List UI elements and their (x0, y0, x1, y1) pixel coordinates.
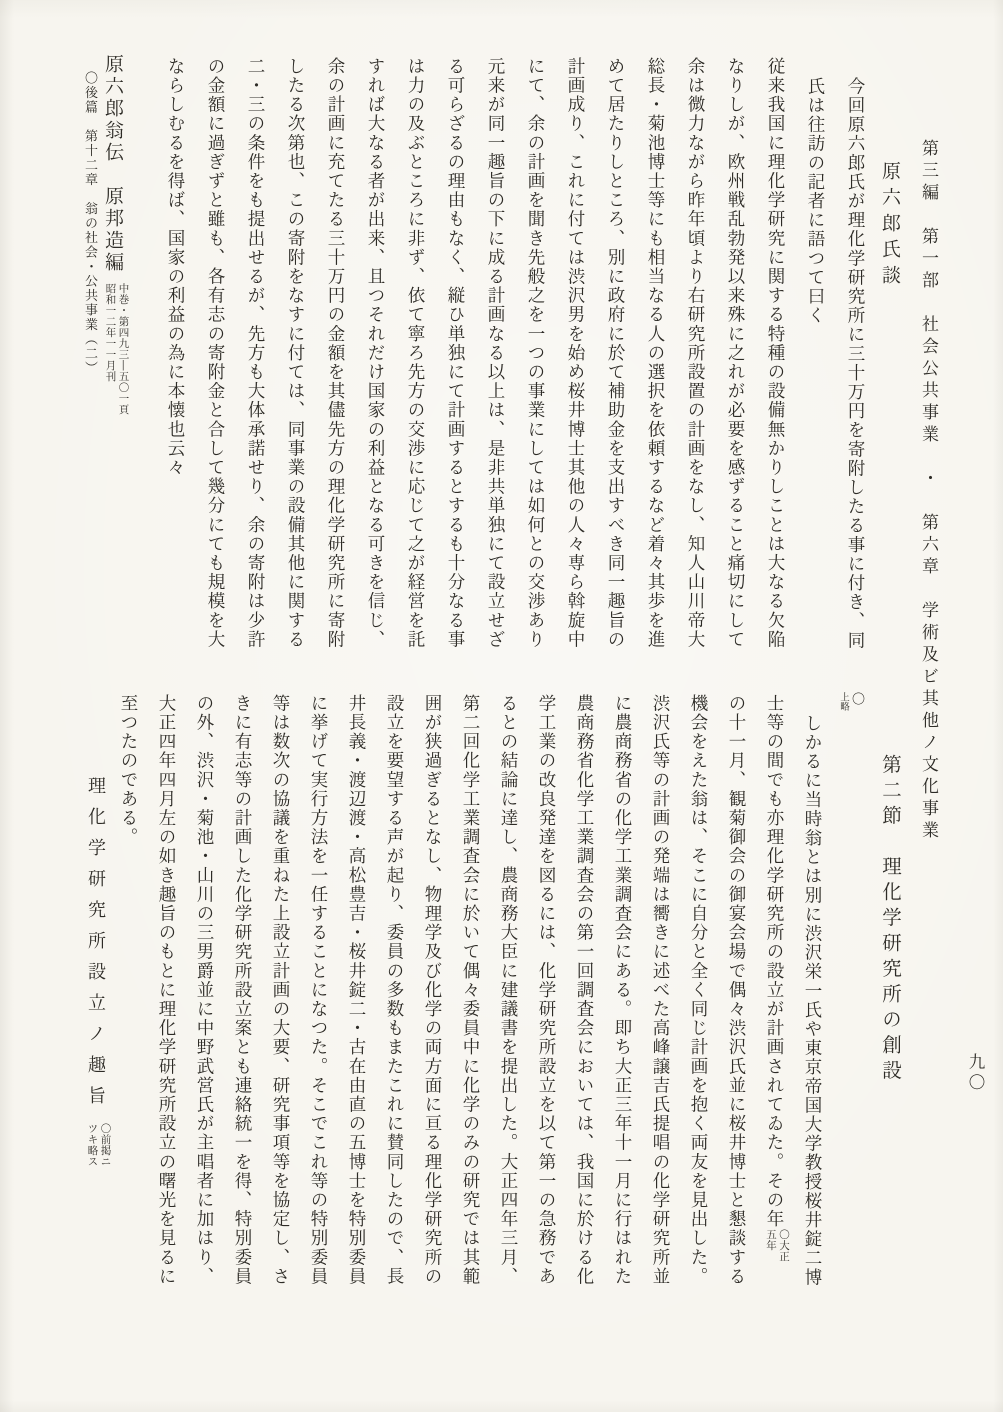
note-line: 〇大正 (777, 1229, 790, 1262)
text-column: 農商務省化学工業調査会の第一回調査会においては、我国に於ける化 (565, 694, 603, 1308)
note-line: 五年 (764, 1229, 777, 1262)
text-column: 囲が狭過ぎるとなし、物理学及び化学の両方面に亘る理化学研究所の (413, 694, 451, 1308)
note-line: 〇前掲ニ (99, 1123, 112, 1167)
source-reference: 〇後篇 第十二章 翁の社会・公共事業（二） (80, 71, 99, 376)
text-column: 学工業の改良発達を図るには、化学研究所設立を以て第一の急務であ (527, 694, 565, 1308)
text-column: の十一月、観菊御会の御宴会場で偶々渋沢氏並に桜井博士と懇談する (717, 694, 755, 1308)
document-title-column: 理化学研究所設立ノ趣旨 〇前掲ニ ツキ略ス (82, 776, 115, 1167)
note-line: 中巻・第四九三―五〇一頁 (117, 283, 130, 415)
text-column: ならしむるを得ば、国家の利益の為に本懐也云々 (155, 57, 195, 697)
text-column: 士等の間でも亦理化学研究所の設立が計画されてゐた。その年〇大正五年 (755, 694, 793, 1308)
text-column: 機会をえた翁は、そこに自分と全く同じ計画を抱く両友を見出した。 (679, 694, 717, 1308)
text-column: しかるに当時翁とは別に渋沢栄一氏や東京帝国大学教授桜井錠二博 (793, 694, 831, 1308)
section-heading: 第二節 理化学研究所の創設 (876, 754, 904, 1086)
text-column: 今回原六郎氏が理化学研究所に三十万円を寄附したる事に付き、同 (835, 57, 875, 697)
citation-column: 原六郎翁伝 原邦造編 中巻・第四九三―五〇一頁 昭和一二年一一月刊 (100, 54, 133, 415)
text-column: めて居たりしところ、別に政府に於て補助金を支出すべき同一趣旨の (595, 57, 635, 697)
text-column: 計画成り、これに付ては渋沢男を始め桜井博士其他の人々専ら斡旋中 (555, 57, 595, 697)
inline-note: 〇大正五年 (764, 1229, 790, 1262)
text-column: 余の計画に充てたる三十万円の金額を其儘先方の理化学研究所に寄附 (315, 57, 355, 697)
text-column: にて、余の計画を聞き先般之を一つの事業にしては如何との交渉あり (515, 57, 555, 697)
text-column: 従来我国に理化学研究に関する特種の設備無かりしことは大なる欠陥 (755, 57, 795, 697)
text-column: きに有志等の計画した化学研究所設立案とも連絡統一を得、特別委員 (223, 694, 261, 1308)
citation-note: 中巻・第四九三―五〇一頁 昭和一二年一一月刊 (104, 283, 130, 415)
narrative-text: しかるに当時翁とは別に渋沢栄一氏や東京帝国大学教授桜井錠二博士等の間でも亦理化学… (89, 694, 831, 1308)
text-column: したる次第也、この寄附をなすに付ては、同事業の設備其他に関する (275, 57, 315, 697)
hara-statement-text: 今回原六郎氏が理化学研究所に三十万円を寄附したる事に付き、同氏は往訪の記者に語つ… (155, 57, 875, 697)
text-column: の金額に過ぎずと雖も、各有志の寄附金と合して幾分にても規模を大 (195, 57, 235, 697)
citation-text: 原六郎翁伝 原邦造編 (102, 54, 124, 274)
note-line: 昭和一二年一一月刊 (104, 283, 117, 415)
document-title-note: 〇前掲ニ ツキ略ス (86, 1123, 112, 1167)
text-column: 余は微力ながら昨年頃より右研究所設置の計画をなし、知人山川帝大 (675, 57, 715, 697)
text-column: の外、渋沢・菊池・山川の三男爵並に中野武営氏が主唱者に加はり、 (185, 694, 223, 1308)
text-column: 設立を要望する声が起り、委員の多数もまたこれに賛同したので、長 (375, 694, 413, 1308)
text-column: は力の及ぶところに非ず、依て寧ろ先方の交渉に応じて之が経営を託 (395, 57, 435, 697)
text-column: 渋沢氏等の計画の発端は嚮きに述べた高峰譲吉氏提唱の化学研究所並 (641, 694, 679, 1308)
document-page: 第三編 第一部 社会公共事業 ・ 第六章 学術及ビ其他ノ文化事業 九〇 原六郎氏… (0, 0, 1003, 1412)
document-title: 理化学研究所設立ノ趣旨 (85, 776, 106, 1117)
text-column: 氏は往訪の記者に語つて曰く (795, 57, 835, 697)
text-column: なりしが、欧州戦乱勃発以来殊に之れが必要を感ずること痛切にして (715, 57, 755, 697)
text-column: 井長義・渡辺渡・高松豊吉・桜井錠二・古在由直の五博士を特別委員 (337, 694, 375, 1308)
text-column: るとの結論に達し、農商務大臣に建議書を提出した。大正四年三月、 (489, 694, 527, 1308)
text-column: 大正四年四月左の如き趣旨のもとに理化学研究所設立の曙光を見るに (147, 694, 185, 1308)
text-column: 二・三の条件をも提出せるが、先方も大体承諾せり、余の寄附は少許 (235, 57, 275, 697)
omission-text: 上略 (837, 692, 850, 711)
text-column: 至つたのである。 (109, 694, 147, 1308)
speaker-heading: 原六郎氏談 (877, 161, 904, 291)
text-column: に農商務省の化学工業調査会にある。即ち大正三年十一月に行はれた (603, 694, 641, 1308)
page-number: 九〇 (963, 1053, 987, 1094)
note-line: ツキ略ス (86, 1123, 99, 1167)
omission-note: 〇 上略 (837, 692, 863, 711)
circle-mark: 〇 (850, 692, 863, 711)
text-column: 元来が同一趣旨の下に成る計画なる以上は、是非共単独にて設立せざ (475, 57, 515, 697)
running-header: 第三編 第一部 社会公共事業 ・ 第六章 学術及ビ其他ノ文化事業 (916, 139, 941, 843)
text-column: 総長・菊池博士等にも相当なる人の選択を依頼するなど着々其歩を進 (635, 57, 675, 697)
text-column: に挙げて実行方法を一任することになつた。そこでこれ等の特別委員 (299, 694, 337, 1308)
text-column: すれば大なる者が出来、且つそれだけ国家の利益となる可きを信じ、 (355, 57, 395, 697)
text-column: 第二回化学工業調査会に於いて偶々委員中に化学のみの研究では其範 (451, 694, 489, 1308)
text-column: る可らざるの理由もなく、縦ひ単独にて計画するとするも十分なる事 (435, 57, 475, 697)
text-column: 等は数次の協議を重ねた上設立計画の大要、研究事項等を協定し、さ (261, 694, 299, 1308)
